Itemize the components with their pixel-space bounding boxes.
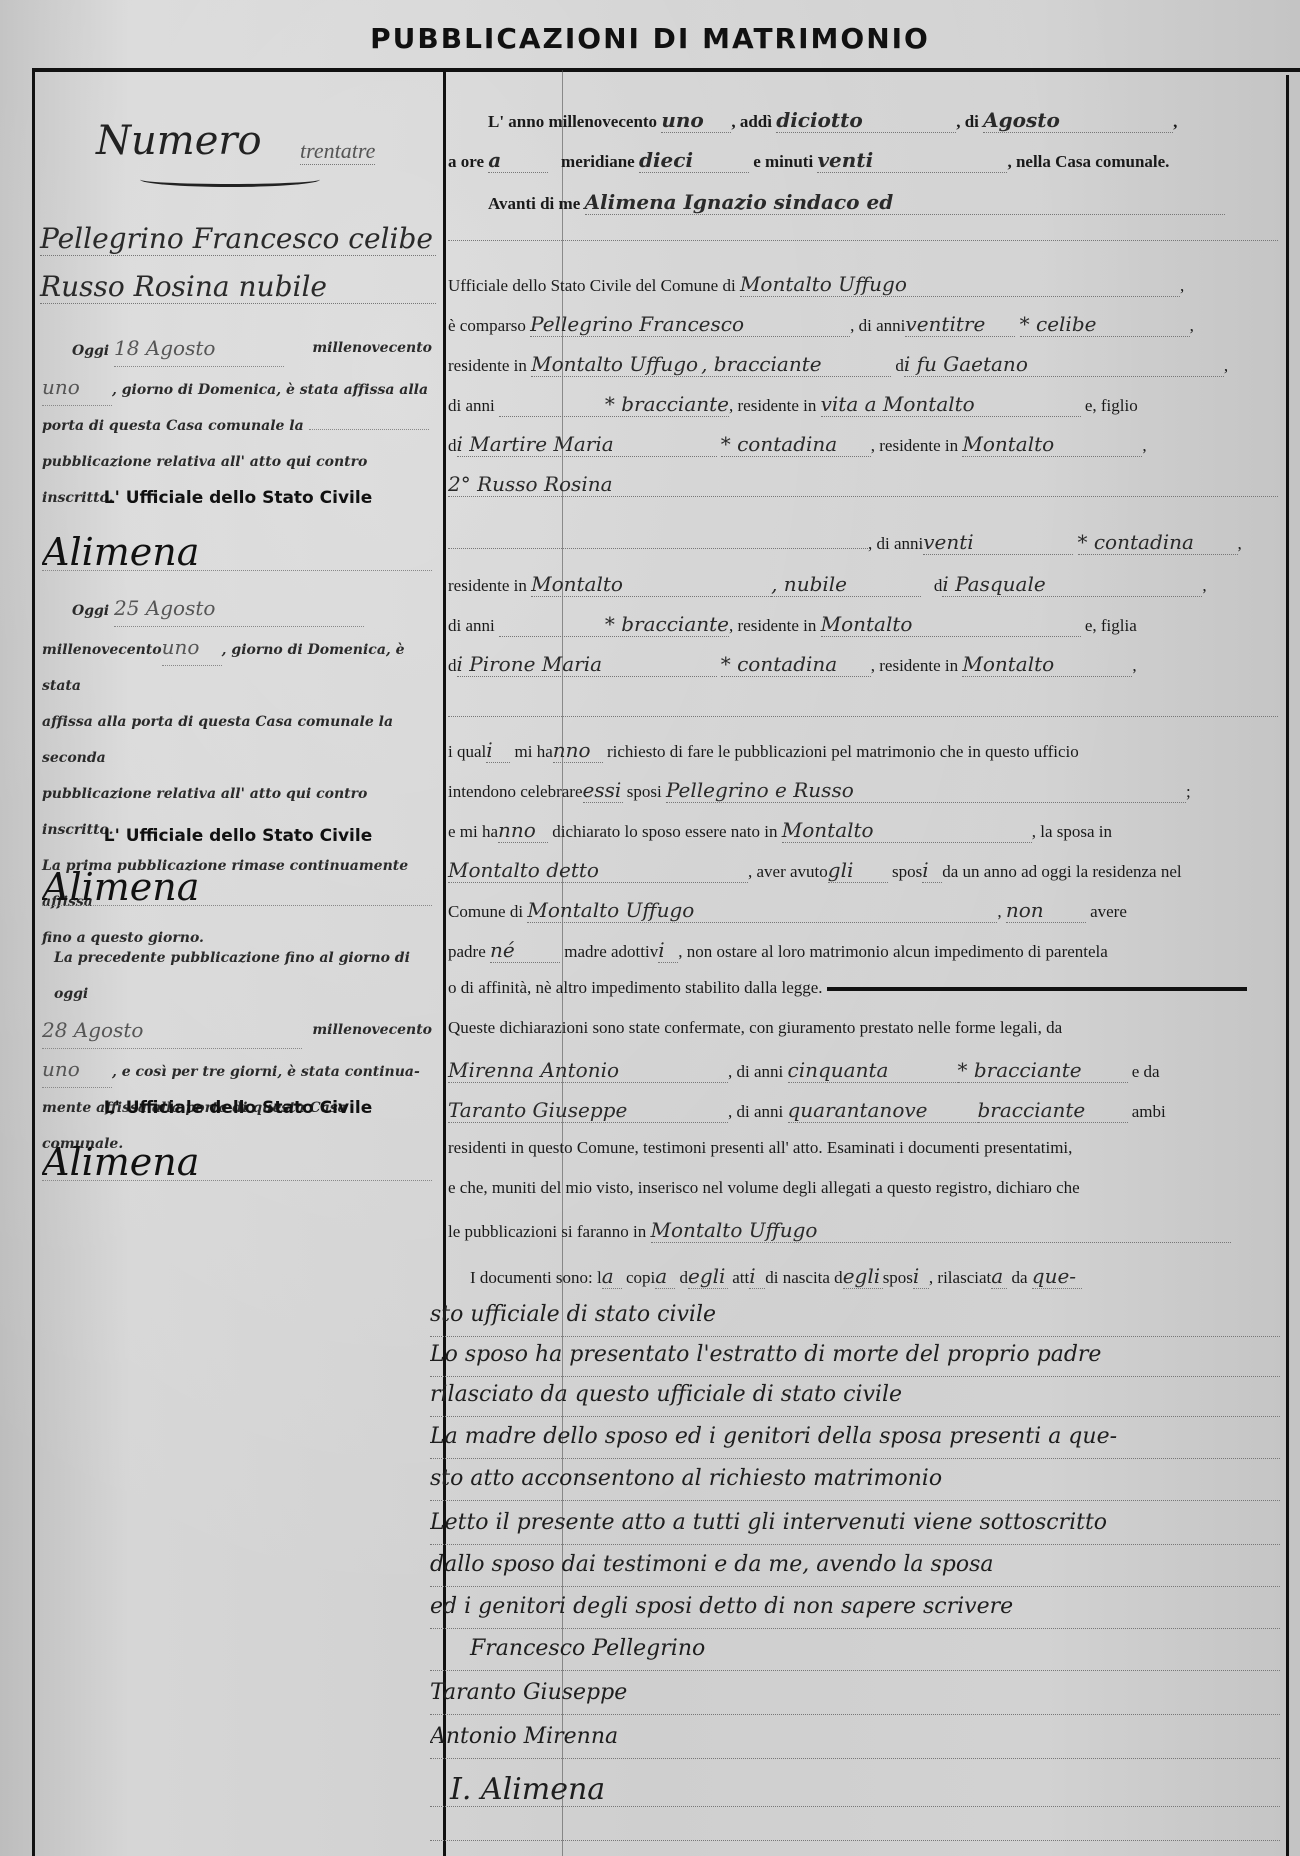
act-line-16: e mi hanno dichiarato lo sposo essere na… [448,818,1278,852]
bride-entry: Russo Rosina nubile [40,270,436,304]
witness-2-name-field: Taranto Giuseppe [448,1098,728,1123]
bride-mother-profession-field: * contadina [721,652,871,677]
bride-birthplace-field: Montalto detto [448,858,748,883]
act-line-17: Montalto detto, aver avutogli sposida un… [448,858,1278,892]
groom-age-field: ventitre [905,312,1015,337]
handwritten-note-line: Letto il presente atto a tutti gli inter… [430,1510,1280,1545]
groom-residence-field: Montalto Uffugo [531,352,701,377]
act-line-12: di anni * bracciante, residente in Monta… [448,612,1278,646]
act-line-24: residenti in questo Comune, testimoni pr… [448,1138,1278,1172]
groom-birthplace-field: Montalto [782,818,1032,843]
bride-father-field: i Pasquale [942,572,1202,597]
act-line-5: è comparso Pellegrino Francesco, di anni… [448,312,1278,346]
year-field: uno [661,108,731,133]
handwritten-note-line: rilasciato da questo ufficiale di stato … [430,1382,1280,1417]
act-line-8: di Martire Maria * contadina, residente … [448,432,1278,466]
hour-field: dieci [639,148,749,173]
act-line-2: a ore a meridiane dieci e minuti venti, … [448,148,1278,182]
groom-profession-field: , bracciante [701,352,891,377]
third-publication-note: La precedente pubblicazione fino al gior… [42,940,432,1162]
comune-field: Montalto Uffugo [740,272,1180,297]
millenovecento-label: millenovecento [312,330,432,366]
signature-witness-2: Taranto Giuseppe [430,1680,1280,1715]
bride-mother-residence-field: Montalto [962,652,1132,677]
act-line-15: intendono celebrareessi sposi Pellegrino… [448,778,1278,812]
act-line-14: i quali mi hanno richiesto di fare le pu… [448,738,1278,772]
note-text: , e così per tre giorni, è stata continu… [112,1064,420,1080]
bride-father-profession-field: * bracciante [499,612,729,637]
bride-profession-field: * contadina [1078,530,1238,555]
third-pub-year: uno [42,1051,112,1088]
groom-mother-field: i Martire Maria [457,432,717,457]
signature-groom: Francesco Pellegrino [430,1636,1280,1671]
act-line-7: di anni * bracciante, residente in vita … [448,392,1278,426]
act-line-11: residente in Montalto, nubile di Pasqual… [448,572,1278,606]
handwritten-note-line: dallo sposo dai testimoni e da me, avend… [430,1552,1280,1587]
first-pub-date: 18 Agosto [114,330,284,367]
act-line-3: Avanti di me Alimena Ignazio sindaco ed [448,190,1300,224]
groom-name-field: Pellegrino Francesco [530,312,850,337]
month-field: Agosto [983,108,1173,133]
groom-entry: Pellegrino Francesco celibe [40,222,436,256]
act-line-21: Queste dichiarazioni sono state conferma… [448,1018,1278,1052]
ufficiale-label: L' Ufficiale dello Stato Civile [40,488,436,508]
bride-residence-field: Montalto [531,572,771,597]
bride-father-residence-field: Montalto [821,612,1081,637]
witness-1-name-field: Mirenna Antonio [448,1058,728,1083]
witness-1-age-field: cinquanta [788,1058,958,1083]
groom-father-residence-field: vita a Montalto [821,392,1081,417]
note-text: porta di questa Casa comunale la [42,418,304,434]
numero-value: trentatre [300,138,375,165]
act-line-27: I documenti sono: la copia degli attidi … [448,1264,1300,1298]
bride-mother-field: i Pirone Maria [457,652,717,677]
day-field: diciotto [776,108,956,133]
groom-father-field: i fu Gaetano [904,352,1224,377]
official-name-field: Alimena Ignazio sindaco ed [585,190,1225,215]
third-pub-date: 28 Agosto [42,1012,302,1049]
witness-2-age-field: quarantanove [788,1098,978,1123]
blank-line [448,240,1278,241]
bride-status-field: , nubile [771,572,921,597]
act-line-4: Ufficiale dello Stato Civile del Comune … [448,272,1278,306]
numero-label: Numero [96,118,262,164]
millenovecento-label: millenovecento [42,642,162,658]
note-text: , giorno di Domenica, è stata affissa al… [112,382,428,398]
document-title: PUBBLICAZIONI DI MATRIMONIO [0,22,1300,55]
groom-mother-residence-field: Montalto [962,432,1142,457]
handwritten-note-line: sto atto acconsentono al richiesto matri… [430,1466,1280,1501]
blank-line [448,716,1278,717]
official-signature: Alimena [42,1140,432,1181]
millenovecento-label: millenovecento [312,1012,432,1048]
oggi-label: Oggi [72,603,109,619]
groom-mother-profession-field: * contadina [721,432,871,457]
act-line-9: 2° Russo Rosina [448,472,1278,506]
note-text: La precedente pubblicazione fino al gior… [54,950,410,1002]
groom-status-field: * celibe [1020,312,1190,337]
handwritten-note-line: La madre dello sposo ed i genitori della… [430,1424,1280,1459]
groom-father-profession-field: * bracciante [499,392,729,417]
act-line-26: le pubblicazioni si faranno in Montalto … [448,1218,1278,1252]
right-border [1286,75,1289,1856]
bride-age-field: venti [923,530,1073,555]
official-signature: Alimena [42,530,432,571]
act-line-23: Taranto Giuseppe, di anni quarantanovebr… [448,1098,1278,1132]
act-line-20: o di affinità, nè altro impedimento stab… [448,978,1278,1012]
publication-place-field: Montalto Uffugo [651,1218,1231,1243]
witness-2-profession-field: bracciante [978,1098,1128,1123]
flourish-ornament [140,172,320,187]
handwritten-note-line: ed i genitori degli sposi detto di non s… [430,1594,1280,1629]
blank-line [430,1840,1280,1841]
act-line-25: e che, muniti del mio visto, inserisco n… [448,1178,1278,1212]
signature-official: I. Alimena [430,1772,1280,1807]
ufficiale-label: L' Ufficiale dello Stato Civile [40,1098,436,1118]
witness-1-profession-field: * bracciante [958,1058,1128,1083]
official-signature: Alimena [42,865,432,906]
act-line-6: residente in Montalto Uffugo, bracciante… [448,352,1278,386]
second-pub-year: uno [162,629,222,666]
note-text: affissa alla porta di questa Casa comuna… [42,714,393,766]
act-line-19: padre né madre adottivi, non ostare al l… [448,938,1278,972]
act-line-1: L' anno millenovecento uno, addì diciott… [448,108,1300,142]
minutes-field: venti [817,148,1007,173]
hour-prefix-field: a [488,148,548,173]
residence-comune-field: Montalto Uffugo [527,898,997,923]
act-line-13: di Pirone Maria * contadina, residente i… [448,652,1278,686]
bride-name-field: Russo Rosina [477,472,612,496]
handwritten-note-line: Lo sposo ha presentato l'estratto di mor… [430,1342,1280,1377]
act-line-22: Mirenna Antonio, di anni cinquanta* brac… [448,1058,1278,1092]
signature-witness-1: Antonio Mirenna [430,1724,1280,1759]
spouses-names-field: Pellegrino e Russo [666,778,1186,803]
act-line-10: , di anniventi * contadina, [448,530,1278,564]
ufficiale-label: L' Ufficiale dello Stato Civile [40,826,436,846]
second-pub-date: 25 Agosto [114,590,364,627]
oggi-label: Oggi [72,343,109,359]
first-pub-year: uno [42,369,112,406]
handwritten-note-line: sto ufficiale di stato civile [430,1302,1280,1337]
act-line-18: Comune di Montalto Uffugo, non avere [448,898,1278,932]
